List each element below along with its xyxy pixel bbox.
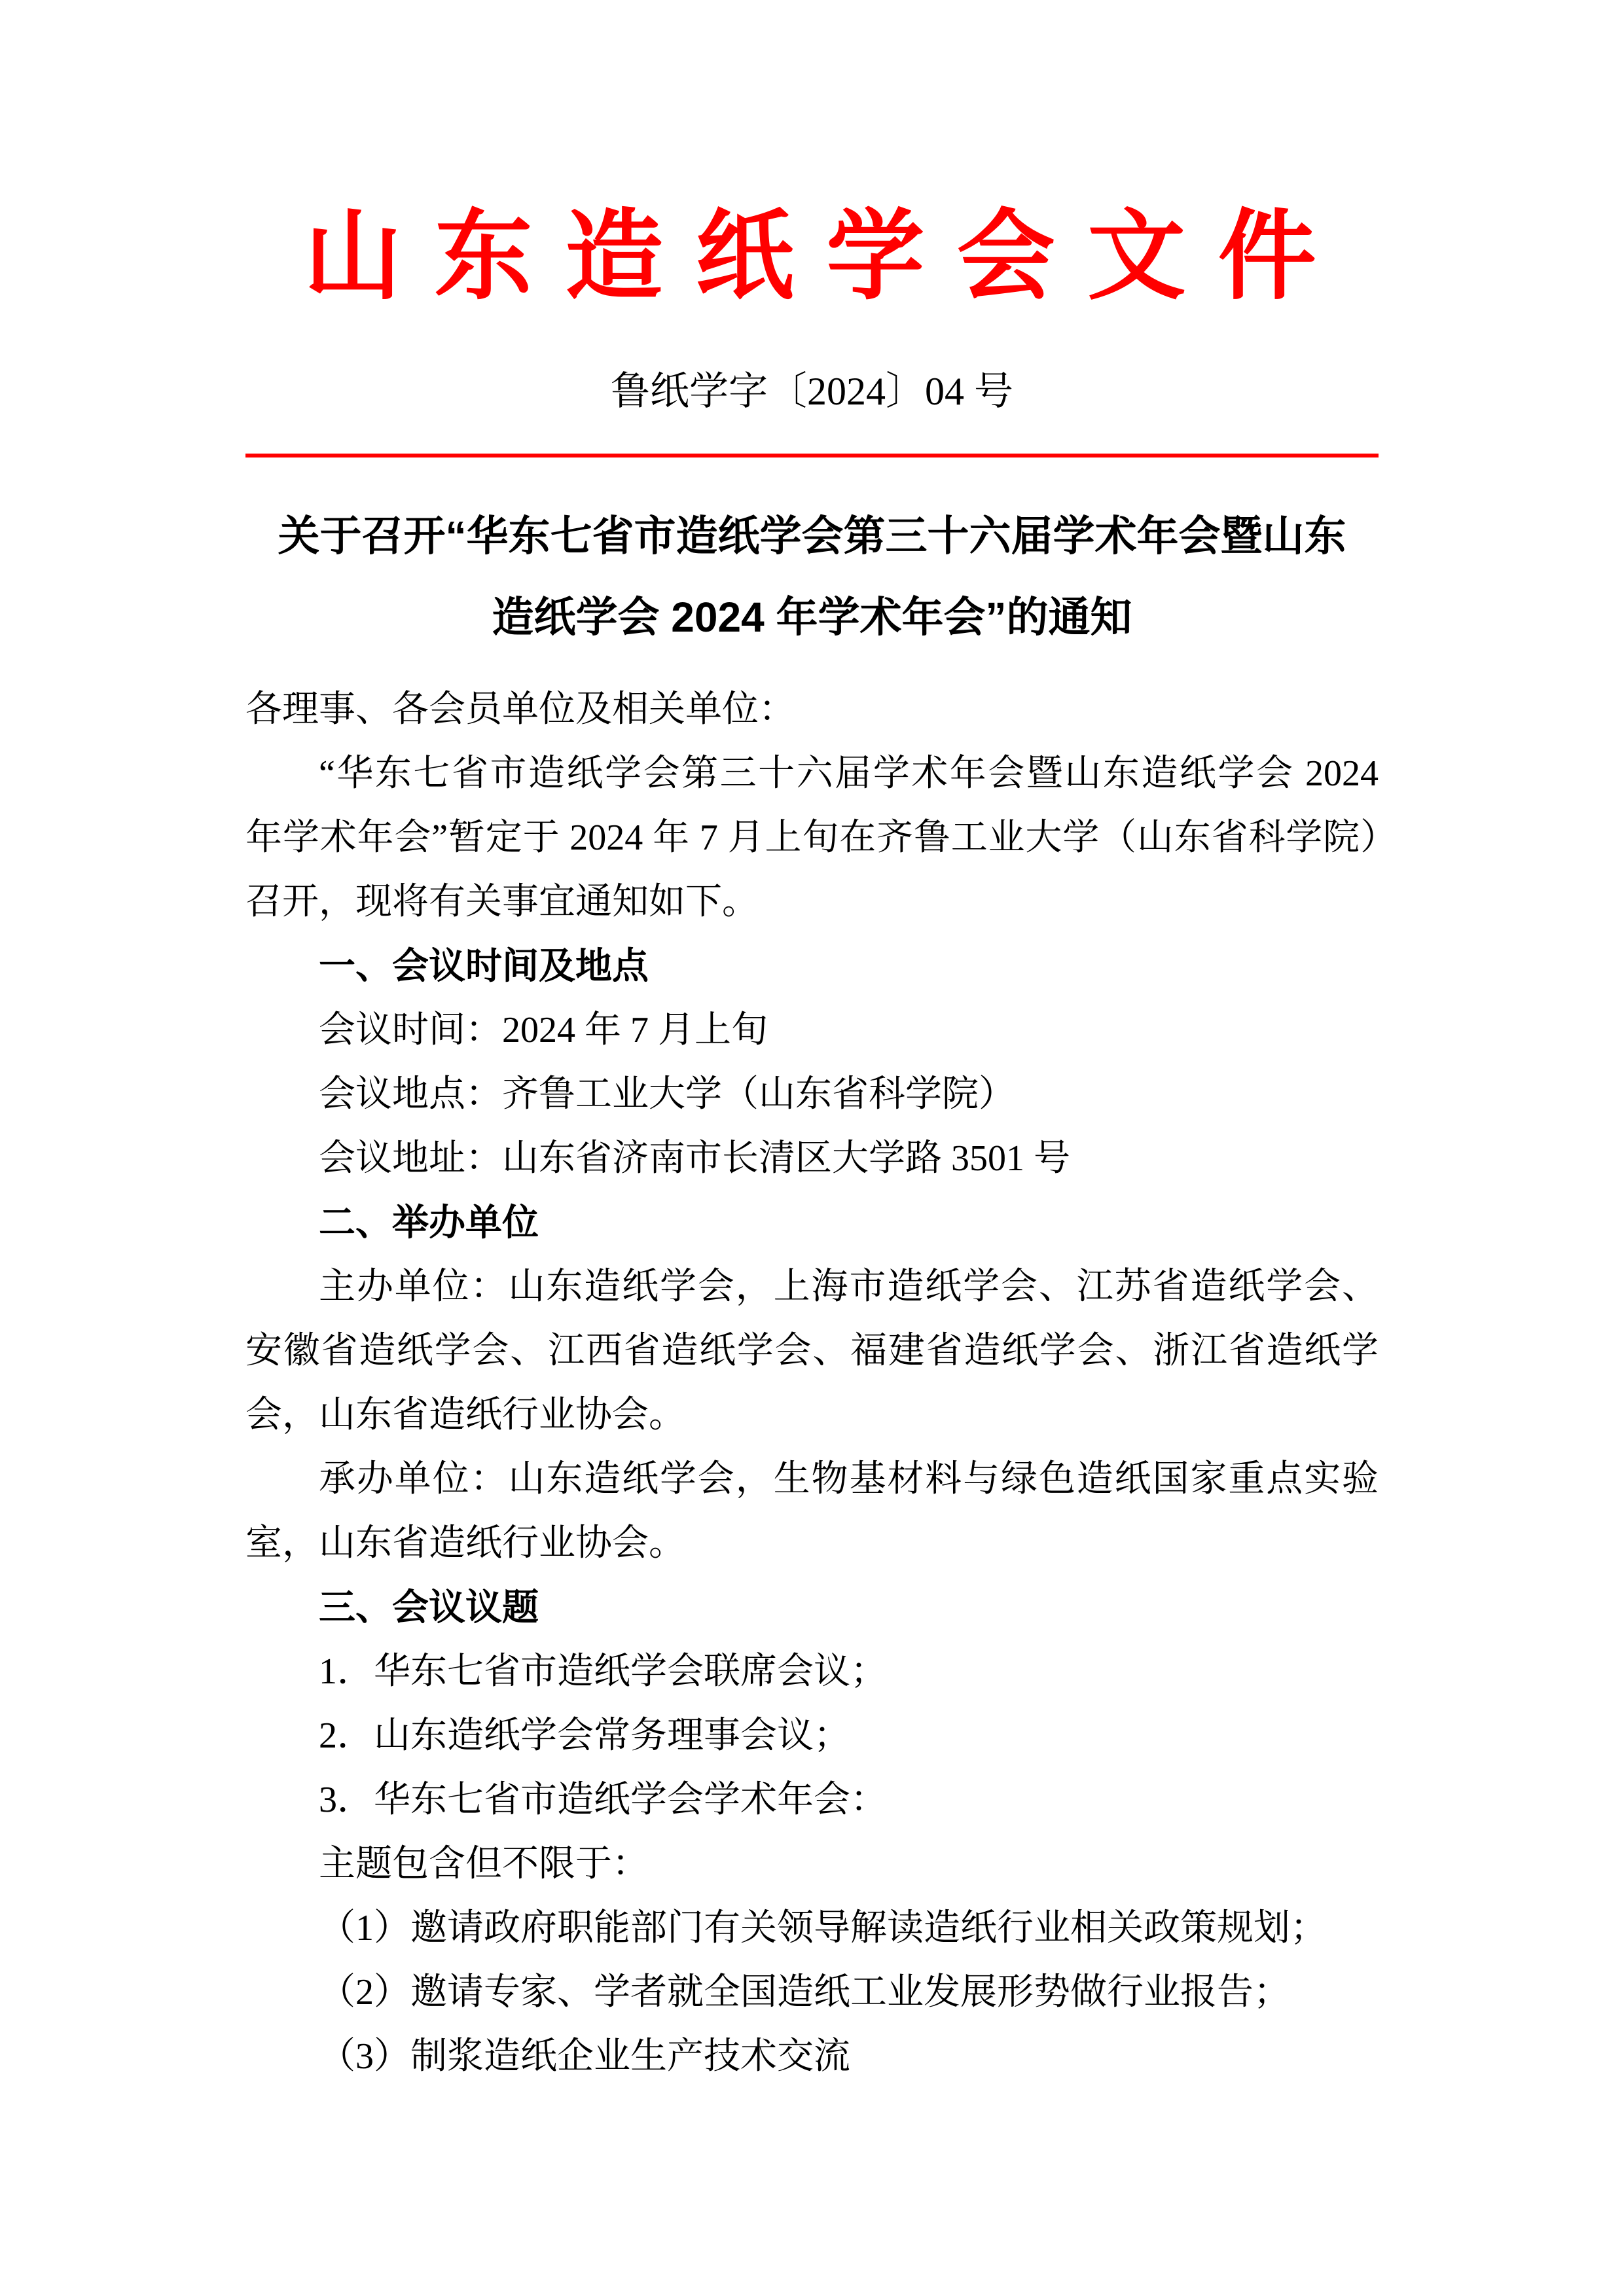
topic-item-2: （2）邀请专家、学者就全国造纸工业发展形势做行业报告； (245, 1960, 1379, 2024)
agenda-item-1: 1．华东七省市造纸学会联席会议； (245, 1640, 1379, 1704)
meeting-address: 会议地址：山东省济南市长清区大学路 3501 号 (245, 1126, 1379, 1191)
topics-intro: 主题包含但不限于： (245, 1832, 1379, 1896)
meeting-time: 会议时间：2024 年 7 月上旬 (245, 998, 1379, 1062)
doc-number: 鲁纸学字〔2024〕04 号 (245, 365, 1379, 418)
section-heading-agenda: 三、会议议题 (245, 1575, 1379, 1640)
salutation: 各理事、各会员单位及相关单位： (245, 677, 1379, 742)
doc-title: 关于召开“华东七省市造纸学会第三十六届学术年会暨山东 造纸学会 2024 年学术… (245, 495, 1379, 658)
topic-item-1: （1）邀请政府职能部门有关领导解读造纸行业相关政策规划； (245, 1896, 1379, 1960)
section-heading-organizers: 二、举办单位 (245, 1191, 1379, 1255)
agenda-item-3: 3．华东七省市造纸学会学术年会： (245, 1768, 1379, 1832)
topic-item-3: （3）制浆造纸企业生产技术交流 (245, 2024, 1379, 2089)
red-divider-line (245, 454, 1379, 457)
org-header-title: 山 东 造 纸 学 会 文 件 (245, 196, 1379, 319)
section-heading-time-place: 一、会议时间及地点 (245, 934, 1379, 998)
document-page: 山 东 造 纸 学 会 文 件 鲁纸学字〔2024〕04 号 关于召开“华东七省… (0, 0, 1624, 2296)
undertaking-organizers: 承办单位：山东造纸学会，生物基材料与绿色造纸国家重点实验室，山东省造纸行业协会。 (245, 1447, 1379, 1575)
document-body: 各理事、各会员单位及相关单位： “华东七省市造纸学会第三十六届学术年会暨山东造纸… (245, 677, 1379, 2089)
intro-paragraph: “华东七省市造纸学会第三十六届学术年会暨山东造纸学会 2024 年学术年会”暂定… (245, 742, 1379, 934)
meeting-place: 会议地点：齐鲁工业大学（山东省科学院） (245, 1062, 1379, 1126)
doc-title-line2: 造纸学会 2024 年学术年会”的通知 (245, 577, 1379, 658)
agenda-item-2: 2．山东造纸学会常务理事会议； (245, 1704, 1379, 1768)
host-organizers: 主办单位：山东造纸学会，上海市造纸学会、江苏省造纸学会、安徽省造纸学会、江西省造… (245, 1255, 1379, 1447)
doc-title-line1: 关于召开“华东七省市造纸学会第三十六届学术年会暨山东 (245, 495, 1379, 577)
